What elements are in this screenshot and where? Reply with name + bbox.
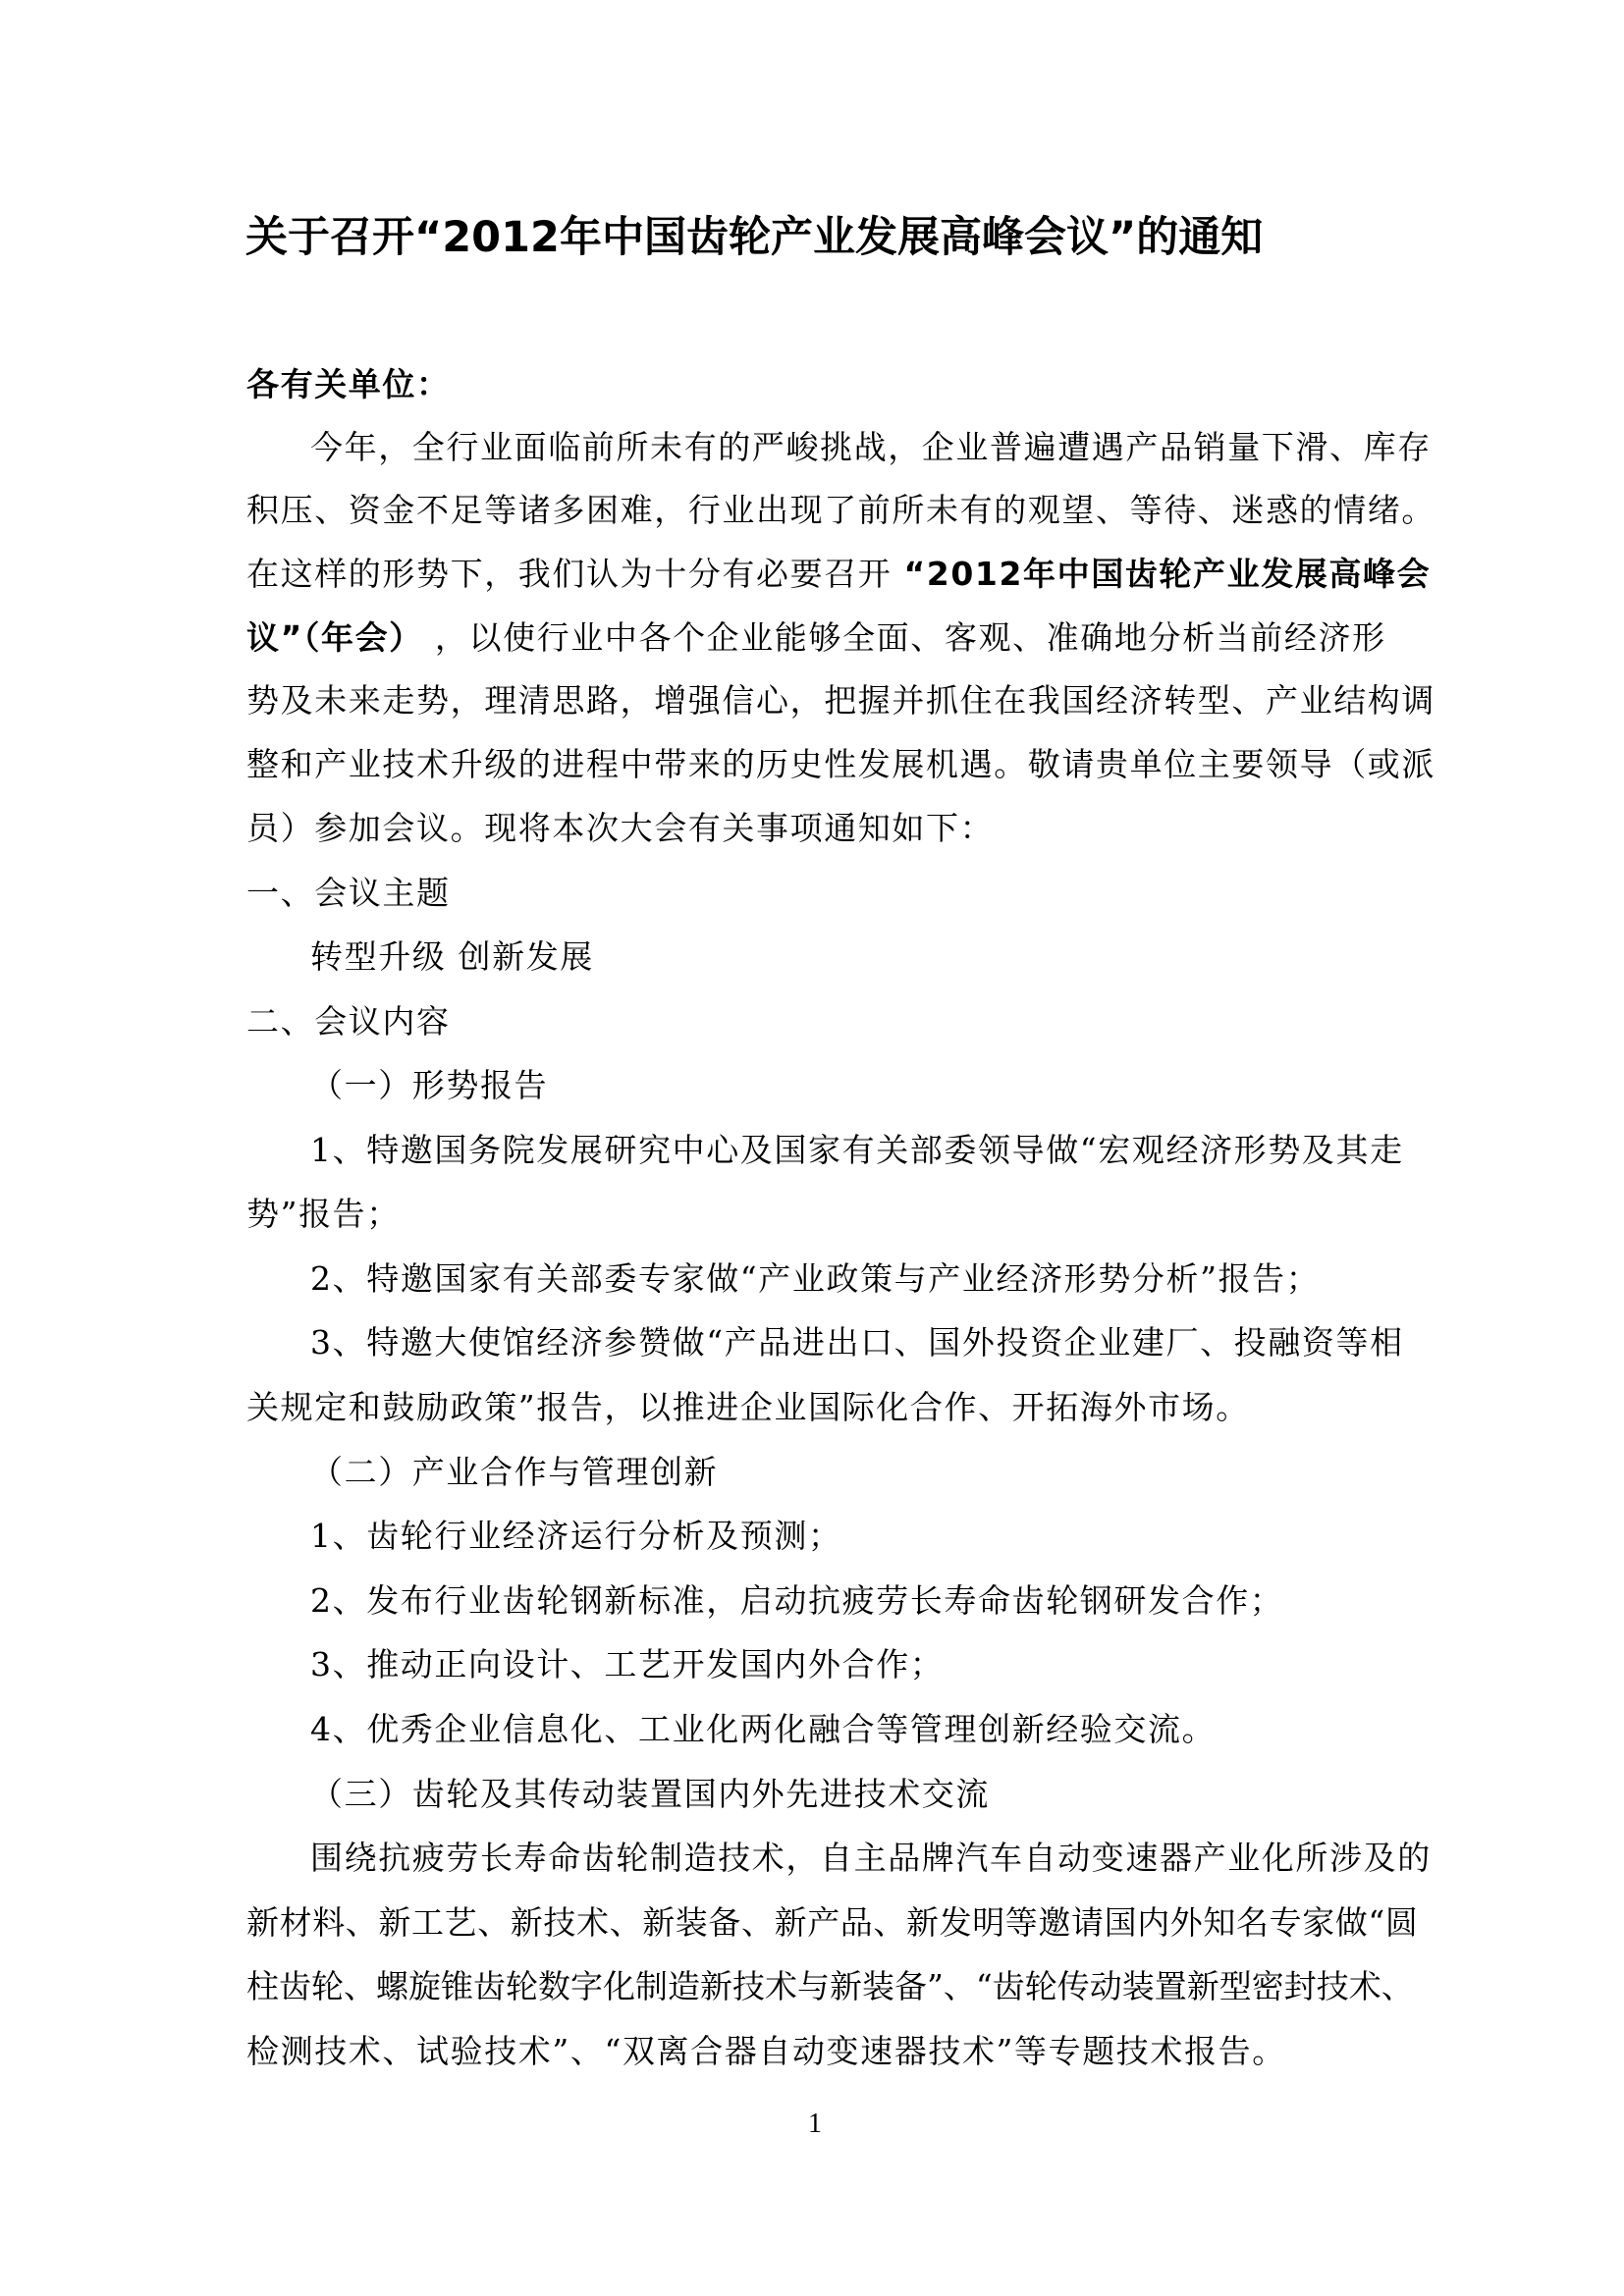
intro-line-5: 势及未来走势，理清思路，增强信心，把握并抓住在我国经济转型、产业结构调 <box>246 677 1385 724</box>
sub2-item-2: 2、发布行业齿轮钢新标准，启动抗疲劳长寿命齿轮钢研发合作； <box>310 1577 1449 1625</box>
sub1-item-2: 2、特邀国家有关部委专家做“产业政策与产业经济形势分析”报告； <box>310 1255 1449 1303</box>
salutation: 各有关单位： <box>246 361 1385 408</box>
document-page: 关于召开“2012年中国齿轮产业发展高峰会议”的通知 各有关单位： 今年，全行业… <box>0 0 1624 2296</box>
section-2-heading: 二、会议内容 <box>246 998 1385 1045</box>
sub1-item-1-line-2: 势”报告； <box>246 1191 1385 1238</box>
sub2-item-1: 1、齿轮行业经济运行分析及预测； <box>310 1513 1449 1560</box>
sub2-item-3: 3、推动正向设计、工艺开发国内外合作； <box>310 1641 1449 1688</box>
intro-line-7: 员）参加会议。现将本次大会有关事项通知如下： <box>246 805 1385 852</box>
sub3-line-3: 柱齿轮、螺旋锥齿轮数字化制造新技术与新装备”、“齿轮传动装置新型密封技术、 <box>246 1963 1385 2010</box>
document-title: 关于召开“2012年中国齿轮产业发展高峰会议”的通知 <box>245 208 1384 267</box>
sub3-line-1: 围绕抗疲劳长寿命齿轮制造技术，自主品牌汽车自动变速器产业化所涉及的 <box>310 1835 1449 1882</box>
intro-line-3: 在这样的形势下，我们认为十分有必要召开 “2012年中国齿轮产业发展高峰会 <box>246 551 1385 598</box>
sub1-item-3-line-2: 关规定和鼓励政策”报告，以推进企业国际化合作、开拓海外市场。 <box>246 1384 1385 1431</box>
intro-line-4: 议”（年会） ，以使行业中各个企业能够全面、客观、准确地分析当前经济形 <box>246 614 1385 662</box>
conference-theme: 转型升级 创新发展 <box>310 934 1449 981</box>
intro-line-2: 积压、资金不足等诸多困难，行业出现了前所未有的观望、等待、迷惑的情绪。 <box>246 487 1385 534</box>
intro-line-4-text: ，以使行业中各个企业能够全面、客观、准确地分析当前经济形 <box>423 618 1386 657</box>
intro-line-1: 今年，全行业面临前所未有的严峻挑战，企业普遍遭遇产品销量下滑、库存 <box>310 424 1449 471</box>
conference-name-part2: 议”（年会） <box>246 618 423 657</box>
sub1-item-1-line-1: 1、特邀国务院发展研究中心及国家有关部委领导做“宏观经济形势及其走 <box>310 1127 1449 1174</box>
subsection-1-heading: （一）形势报告 <box>310 1062 1449 1109</box>
subsection-3-heading: （三）齿轮及其传动装置国内外先进技术交流 <box>310 1771 1449 1818</box>
section-1-heading: 一、会议主题 <box>246 870 1385 917</box>
conference-name-part1: “2012年中国齿轮产业发展高峰会 <box>904 555 1432 593</box>
sub1-item-3-line-1: 3、特邀大使馆经济参赞做“产品进出口、国外投资企业建厂、投融资等相 <box>310 1319 1449 1366</box>
sub2-item-4: 4、优秀企业信息化、工业化两化融合等管理创新经验交流。 <box>310 1706 1449 1753</box>
intro-line-6: 整和产业技术升级的进程中带来的历史性发展机遇。敬请贵单位主要领导（或派 <box>246 741 1385 788</box>
intro-line-3-text: 在这样的形势下，我们认为十分有必要召开 <box>246 555 904 593</box>
subsection-2-heading: （二）产业合作与管理创新 <box>310 1449 1449 1496</box>
sub3-line-2: 新材料、新工艺、新技术、新装备、新产品、新发明等邀请国内外知名专家做“圆 <box>246 1899 1385 1947</box>
page-number: 1 <box>805 2109 825 2140</box>
sub3-line-4: 检测技术、试验技术”、“双离合器自动变速器技术”等专题技术报告。 <box>246 2028 1385 2075</box>
